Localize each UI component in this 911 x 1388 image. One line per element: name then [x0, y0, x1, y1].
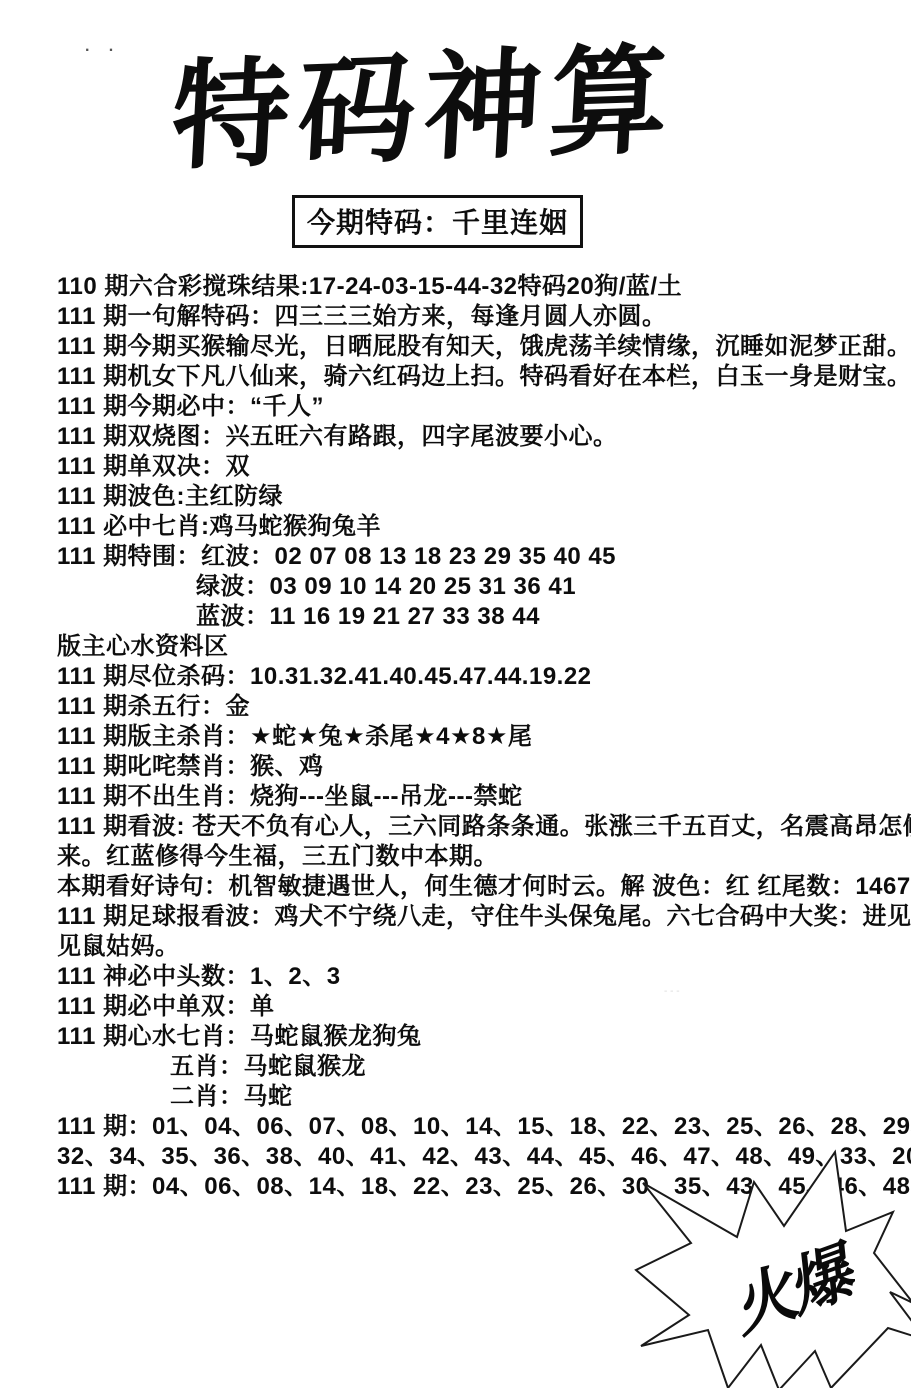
line-section-header: 版主心水资料区: [57, 632, 891, 662]
line-must-hit: 111 期今期必中：“千人”: [57, 392, 891, 422]
line-one-sentence-code: 111 期一句解特码：四三三三始方来，每逢月圆人亦圆。: [57, 302, 891, 332]
page-title: 特码神算: [168, 20, 680, 198]
special-code-box: 今期特码：千里连姻: [292, 195, 583, 248]
line-kill-numbers: 111 期尽位杀码：10.31.32.41.40.45.47.44.19.22: [57, 662, 891, 692]
line-draw-result: 110 期六合彩搅珠结果:17-24-03-15-44-32特码20狗/蓝/土: [57, 272, 891, 302]
scan-artifact-dots: · ·: [85, 42, 121, 60]
line-football-wave-1: 111 期足球报看波：鸡犬不宁绕八走，守住牛头保兔尾。六七合码中大奖：进见遗: [57, 902, 891, 932]
lottery-tip-sheet: · · 特码神算 今期特码：千里连姻 110 期六合彩搅珠结果:17-24-03…: [0, 0, 911, 1388]
line-wave-verse-2: 来。红蓝修得今生福，三五门数中本期。: [57, 842, 891, 872]
line-head-numbers: 111 神必中头数：1、2、3: [57, 962, 891, 992]
predictions-text-block: 110 期六合彩搅珠结果:17-24-03-15-44-32特码20狗/蓝/土 …: [57, 272, 891, 1202]
line-seven-zodiac: 111 必中七肖:鸡马蛇猴狗兔羊: [57, 512, 891, 542]
line-not-out-zodiac: 111 期不出生肖：烧狗---坐鼠---吊龙---禁蛇: [57, 782, 891, 812]
line-lucky-poem: 本期看好诗句：机智敏捷遇世人，何生德才何时云。解 波色：红 红尾数：14679: [57, 872, 891, 902]
line-host-kill-zodiac: 111 期版主杀肖：★蛇★兔★杀尾★4★8★尾: [57, 722, 891, 752]
line-green-wave-numbers: 绿波：03 09 10 14 20 25 31 36 41: [57, 572, 891, 602]
line-wave-verse-1: 111 期看波: 苍天不负有心人，三六同路条条通。张涨三千五百丈，名震高昂怎修: [57, 812, 891, 842]
line-verse-2: 111 期机女下凡八仙来，骑六红码边上扫。特码看好在本栏，白玉一身是财宝。: [57, 362, 891, 392]
line-kill-element: 111 期杀五行：金: [57, 692, 891, 722]
line-number-list-1a: 111 期：01、04、06、07、08、10、14、15、18、22、23、2…: [57, 1112, 891, 1142]
line-heart-seven-zodiac: 111 期心水七肖：马蛇鼠猴龙狗兔: [57, 1022, 891, 1052]
line-blue-wave-numbers: 蓝波：11 16 19 21 27 33 38 44: [57, 602, 891, 632]
line-five-zodiac: 五肖：马蛇鼠猴龙: [57, 1052, 891, 1082]
line-must-odd-even: 111 期必中单双：单: [57, 992, 891, 1022]
line-football-wave-2: 见鼠姑妈。: [57, 932, 891, 962]
line-red-wave-numbers: 111 期特围：红波：02 07 08 13 18 23 29 35 40 45: [57, 542, 891, 572]
explosion-burst: 火爆: [608, 1140, 911, 1388]
line-verse-1: 111 期今期买猴输尽光，日晒屁股有知天，饿虎荡羊续情缘，沉睡如泥梦正甜。: [57, 332, 891, 362]
line-forbidden-zodiac: 111 期叱咤禁肖：猴、鸡: [57, 752, 891, 782]
line-two-zodiac: 二肖：马蛇: [57, 1082, 891, 1112]
line-odd-even: 111 期单双决：双: [57, 452, 891, 482]
line-wave-color: 111 期波色:主红防绿: [57, 482, 891, 512]
line-double-burn-chart: 111 期双烧图：兴五旺六有路跟，四字尾波要小心。: [57, 422, 891, 452]
scan-smudge: - - -: [664, 990, 692, 994]
